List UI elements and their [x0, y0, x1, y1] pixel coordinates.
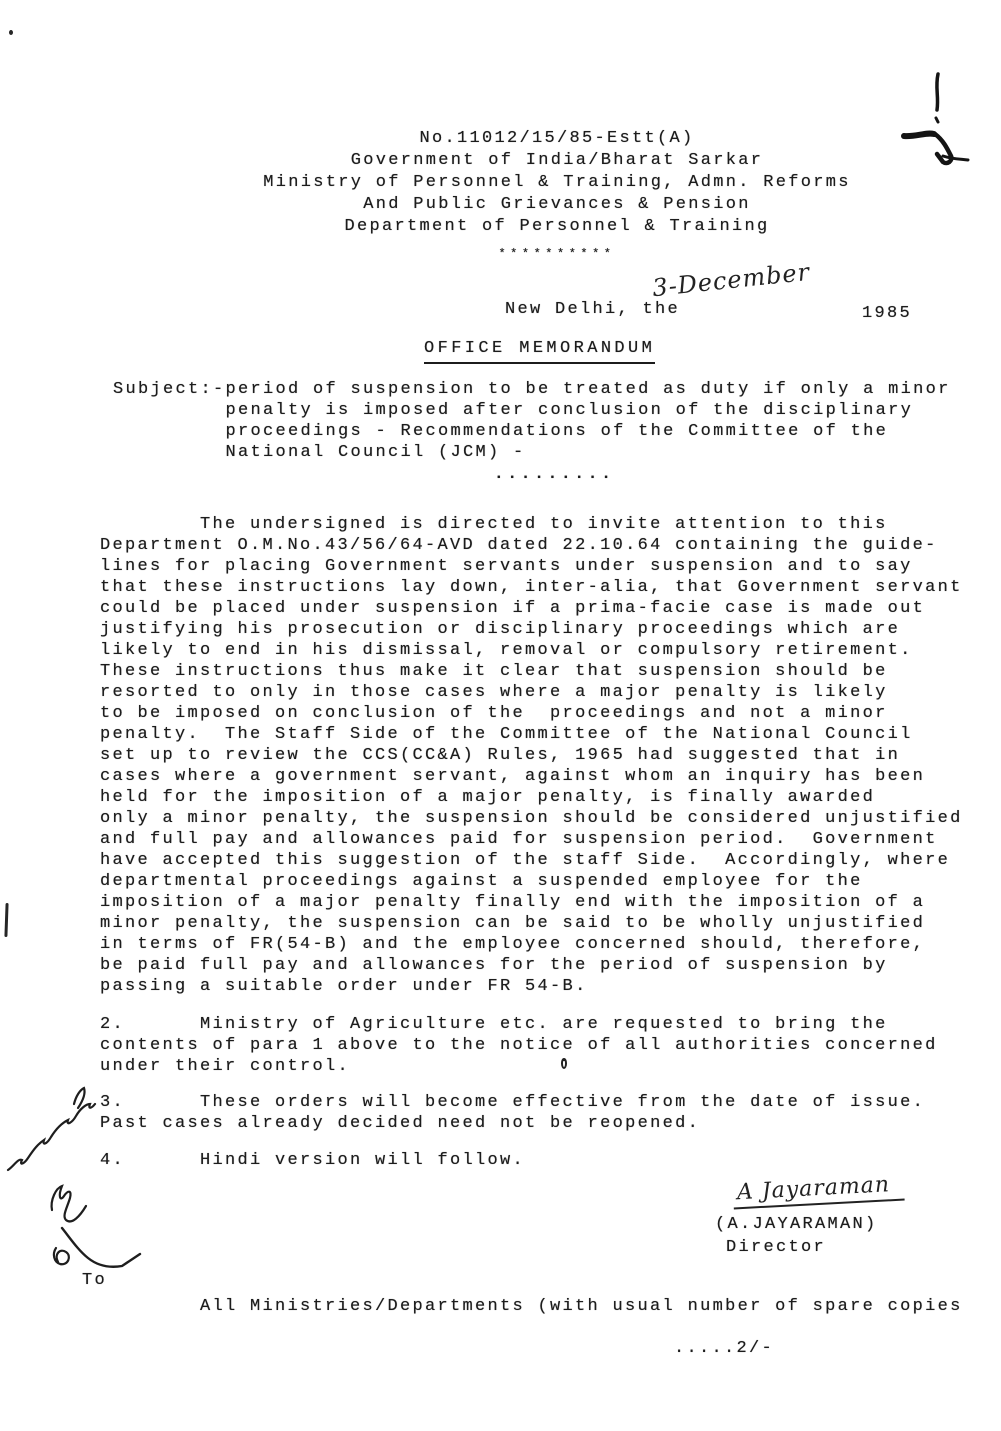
body-paragraph-3: 3. These orders will become effective fr…	[100, 1092, 990, 1134]
handwritten-margin-note	[0, 1082, 150, 1292]
memo-title: OFFICE MEMORANDUM	[424, 338, 655, 364]
org-line-2: Ministry of Personnel & Training, Admn. …	[117, 172, 997, 194]
signatory-designation: Director	[726, 1237, 826, 1258]
letterhead: No.11012/15/85-Estt(A) Government of Ind…	[117, 128, 997, 265]
subject-label: Subject:-	[113, 379, 226, 400]
body-paragraph-4: 4. Hindi version will follow.	[100, 1150, 990, 1171]
scan-artifact-stray-mark	[561, 1058, 567, 1069]
subject-text: period of suspension to be treated as du…	[226, 379, 951, 463]
subject-separator-dots: .........	[494, 464, 615, 485]
signatory-name: (A.JAYARAMAN)	[715, 1214, 878, 1235]
distribution-line: All Ministries/Departments (with usual n…	[200, 1296, 963, 1317]
ref-number: No.11012/15/85-Estt(A)	[117, 128, 997, 150]
scan-artifact-dot	[9, 30, 13, 35]
signature-scribble: A Jayaraman	[732, 1172, 904, 1210]
org-line-1: Government of India/Bharat Sarkar	[117, 150, 997, 172]
scanned-memo-page: No.11012/15/85-Estt(A) Government of Ind…	[0, 0, 1001, 1431]
handwritten-corner-mark	[886, 60, 976, 200]
subject-block: Subject:- period of suspension to be tre…	[113, 379, 951, 463]
org-line-4: Department of Personnel & Training	[117, 216, 997, 238]
body-paragraph-2: 2. Ministry of Agriculture etc. are requ…	[100, 1014, 990, 1077]
org-line-3: And Public Grievances & Pension	[117, 194, 997, 216]
header-separator-dots: **********	[117, 243, 997, 265]
body-paragraph-1: The undersigned is directed to invite at…	[100, 514, 990, 997]
scan-artifact-edge-dash	[4, 903, 8, 937]
dateline-year: 1985	[862, 303, 912, 324]
page-continuation-mark: .....2/-	[674, 1338, 774, 1359]
